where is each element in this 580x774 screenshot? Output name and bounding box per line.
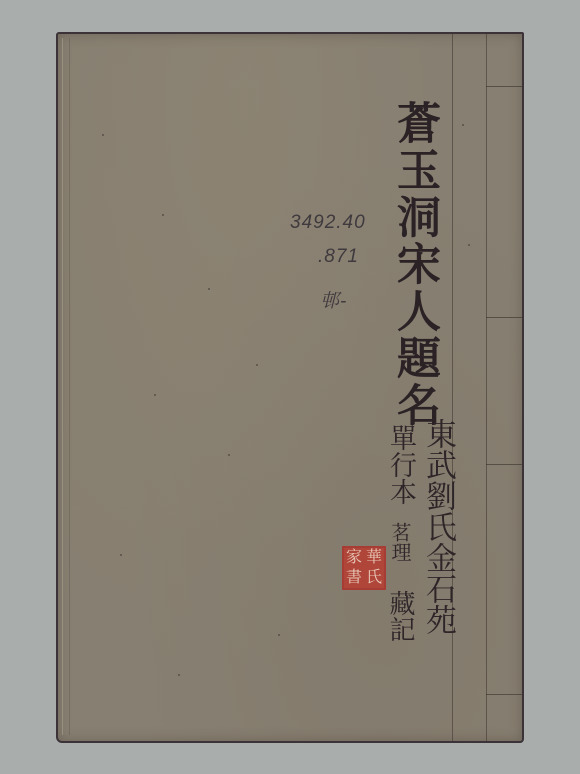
paper-speck [256,364,258,366]
collection-name: 東武劉氏金石苑 [420,418,456,635]
paper-speck [228,454,230,456]
pencil-author-mark: 邨- [320,286,347,313]
seal-char: 華 [364,548,384,568]
paper-speck [462,124,464,126]
binding-stitch-mark [486,464,522,465]
paper-speck [178,674,180,676]
paper-speck [102,134,104,136]
seal-char: 氏 [364,568,384,588]
red-seal-stamp: 華 氏 家 書 [342,546,386,590]
paper-speck [120,554,122,556]
paper-speck [468,244,470,246]
paper-speck [278,634,280,636]
seal-char: 家 [344,548,364,568]
paper-speck [162,214,164,216]
collection-note: 藏記 [384,590,416,642]
pencil-call-number-suffix: .871 [318,246,359,268]
binding-stitch-mark [486,694,522,695]
binding-line-outer [486,34,487,741]
collector-name: 茗理 [385,522,415,562]
cover-fold-edge [62,38,70,735]
edition-note: 單行本 [384,424,416,505]
paper-speck [154,394,156,396]
book-cover: 3492.40 .871 邨- 蒼玉洞宋人題名 東武劉氏金石苑 單行本 茗理 藏… [56,32,524,743]
seal-char: 書 [344,568,364,588]
book-title: 蒼玉洞宋人題名 [386,100,442,429]
binding-stitch-mark [486,317,522,318]
binding-stitch-mark [486,86,522,87]
paper-speck [208,288,210,290]
pencil-call-number: 3492.40 [290,212,366,234]
